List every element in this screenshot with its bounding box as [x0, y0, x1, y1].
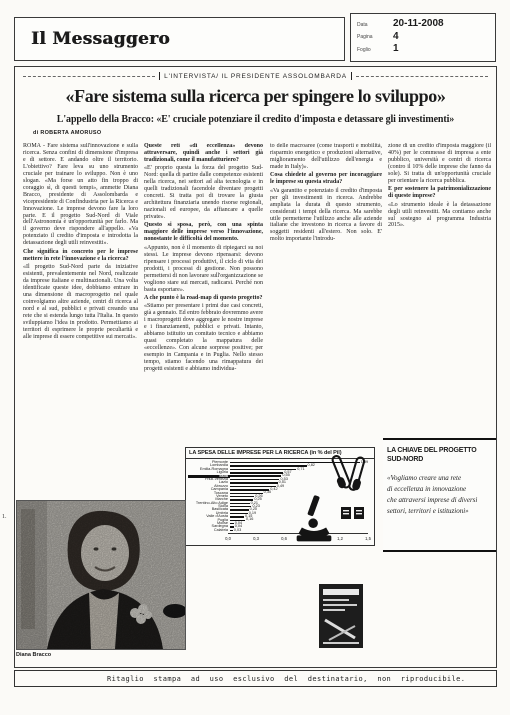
article-column-4: zione di un credito d'imposta maggiore (…	[388, 143, 491, 435]
sheet-label: Foglio	[357, 43, 393, 56]
kicker-rule-left	[23, 76, 155, 77]
meta-row-date: Data 20-11-2008	[357, 18, 489, 31]
chart-bar	[230, 486, 276, 487]
key-project-box: LA CHIAVE DEL PROGETTO SUD-NORD «Vogliam…	[383, 438, 496, 552]
key-box-quote: «Vogliamo creare una rete di eccellenza …	[387, 473, 492, 516]
article-paragraph: «Il progetto Sud-Nord parte da iniziativ…	[23, 264, 138, 340]
kicker-tick-right	[351, 72, 352, 80]
article-paragraph: to delle macroaree (come trasporti e mob…	[270, 143, 382, 171]
article-paragraph: ROMA - Fare sistema sull'innovazione e s…	[23, 143, 138, 247]
interview-question: A che punto è la road-map di questo prog…	[144, 295, 263, 302]
interview-question: Che significa in concreto per le imprese…	[23, 249, 138, 263]
clipping-meta-box: Data 20-11-2008 Pagina 4 Foglio 1	[350, 13, 496, 62]
article-column-2: Queste reti «di eccellenza» devono attra…	[144, 143, 263, 447]
microscope-illustration	[288, 490, 340, 551]
chart-axis-tick: 0,6	[281, 536, 287, 541]
footer-disclaimer: Ritaglio stampa ad uso esclusivo del des…	[15, 671, 496, 683]
meta-row-sheet: Foglio 1	[357, 43, 489, 56]
chart-bar	[230, 482, 278, 483]
article-paragraph: «Appunto, non è il momento di ripiegarci…	[144, 245, 263, 294]
interview-question: Queste reti «di eccellenza» devono attra…	[144, 143, 263, 164]
interview-question: E per sostenere la patrimonializzazione …	[388, 186, 491, 200]
black-square-decoration	[340, 505, 366, 526]
article-subhead: L'appello della Bracco: «E' cruciale pot…	[19, 114, 492, 125]
article-column-1: ROMA - Fare sistema sull'innovazione e s…	[23, 143, 138, 451]
chart-bar	[230, 472, 283, 473]
date-label: Data	[357, 18, 393, 31]
photo-caption: Diana Bracco	[16, 652, 186, 658]
margin-note: 1.	[2, 514, 7, 520]
chart-axis-tick: 1,5	[365, 536, 371, 541]
article-paragraph: «Lo strumento ideale è la detassazione d…	[388, 202, 491, 230]
page-label: Pagina	[357, 31, 393, 44]
meta-row-page: Pagina 4	[357, 31, 489, 44]
chart-bar	[230, 499, 253, 500]
article-paragraph: «Va garantito e potenziato il credito d'…	[270, 188, 382, 244]
chart-row: Calabria0,03	[188, 529, 370, 532]
key-box-title: LA CHIAVE DEL PROGETTO SUD-NORD	[387, 446, 492, 464]
article-paragraph: zione di un credito d'imposta maggiore (…	[388, 143, 491, 185]
masthead-box: Il Messaggero	[14, 17, 345, 61]
article-byline: di ROBERTA AMORUSO	[33, 130, 101, 136]
chart-category-label: Calabria	[188, 529, 230, 532]
chart-axis-tick: 0,3	[253, 536, 259, 541]
inset-newspaper-image	[319, 584, 363, 653]
chart-bar	[230, 516, 244, 517]
sheet-value: 1	[393, 43, 399, 56]
kicker-row: L'INTERVISTA/ IL PRESIDENTE ASSOLOMBARDA	[23, 72, 488, 80]
article-column-3: to delle macroaree (come trasporti e mob…	[270, 143, 382, 441]
kicker-tick-left	[159, 72, 160, 80]
chart-axis-tick: 0,0	[225, 536, 231, 541]
interview-question: Questo si sposa, però, con una spinta ma…	[144, 222, 263, 243]
footer-strip: Ritaglio stampa ad uso esclusivo del des…	[14, 670, 497, 687]
interview-question: Cosa chiedete al governo per incoraggiar…	[270, 172, 382, 186]
chart-bar	[230, 530, 233, 531]
chart-bar	[230, 503, 250, 504]
article-paragraph: «Stiamo per presentare i primi due casi …	[144, 303, 263, 373]
date-value: 20-11-2008	[393, 18, 444, 31]
chart-value-label: 0,03	[234, 529, 241, 533]
photo-diana-bracco: Diana Bracco	[16, 500, 186, 660]
chart-bar	[230, 496, 254, 497]
kicker-rule-right	[356, 76, 488, 77]
chart-bar	[230, 509, 249, 510]
kicker-text: L'INTERVISTA/ IL PRESIDENTE ASSOLOMBARDA	[164, 73, 347, 80]
press-clipping-page: Il Messaggero Data 20-11-2008 Pagina 4 F…	[0, 0, 510, 715]
chart-bar	[230, 523, 234, 524]
article-paragraph: «E' proprio questa la forza del progetto…	[144, 165, 263, 221]
chart-bar	[230, 465, 307, 466]
page-value: 4	[393, 31, 399, 44]
chart-bar	[230, 506, 251, 507]
newspaper-masthead: Il Messaggero	[15, 18, 344, 49]
chart-bar	[230, 479, 279, 480]
article-headline: «Fare sistema sulla ricerca per spingere…	[17, 86, 494, 107]
